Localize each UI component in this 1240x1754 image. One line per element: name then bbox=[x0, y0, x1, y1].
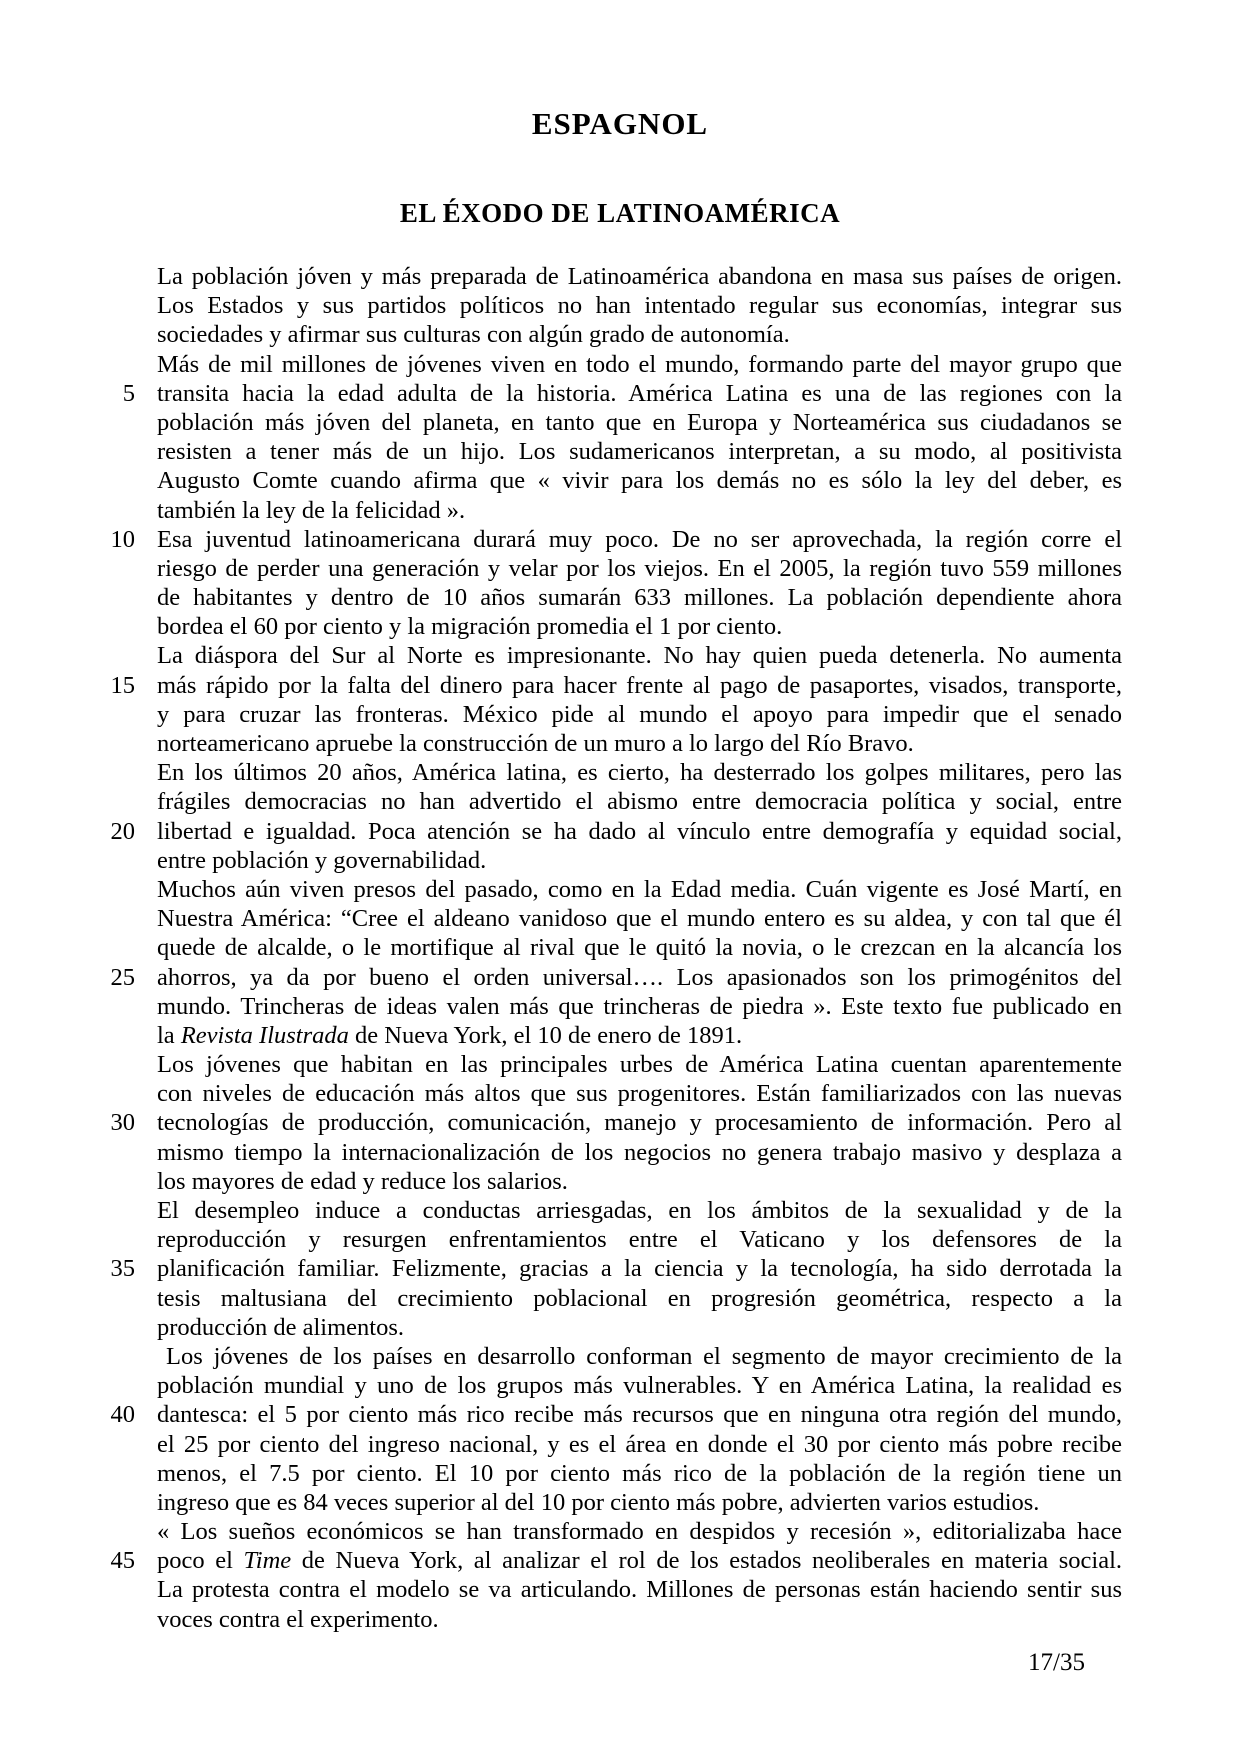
line-text: ingreso que es 84 veces superior al del … bbox=[157, 1488, 1122, 1517]
text-segment: resisten a tener más de un hijo. Los sud… bbox=[157, 438, 1122, 465]
document-page: ESPAGNOL EL ÉXODO DE LATINOAMÉRICA La po… bbox=[0, 0, 1240, 1754]
text-line: y para cruzar las fronteras. México pide… bbox=[0, 700, 1240, 729]
text-segment: poco el bbox=[157, 1547, 244, 1574]
text-line: ingreso que es 84 veces superior al del … bbox=[0, 1488, 1240, 1517]
text-line: 20libertad e igualdad. Poca atención se … bbox=[0, 817, 1240, 846]
line-text: con niveles de educación más altos que s… bbox=[157, 1079, 1122, 1108]
text-segment: entre población y governabilidad. bbox=[157, 847, 486, 874]
text-line: reproducción y resurgen enfrentamientos … bbox=[0, 1225, 1240, 1254]
line-text: dantesca: el 5 por ciento más rico recib… bbox=[157, 1400, 1122, 1429]
line-text: poco el Time de Nueva York, al analizar … bbox=[157, 1546, 1122, 1575]
italic-text-segment: Time bbox=[244, 1547, 292, 1574]
text-segment: mundo. Trincheras de ideas valen más que… bbox=[157, 993, 1122, 1020]
line-number: 5 bbox=[78, 379, 135, 408]
line-text: los mayores de edad y reduce los salario… bbox=[157, 1167, 1122, 1196]
text-segment: Los Estados y sus partidos políticos no … bbox=[157, 292, 1122, 319]
text-segment: bordea el 60 por ciento y la migración p… bbox=[157, 613, 782, 640]
text-line: 40dantesca: el 5 por ciento más rico rec… bbox=[0, 1400, 1240, 1429]
text-segment: « Los sueños económicos se han transform… bbox=[157, 1518, 1122, 1545]
text-segment: más rápido por la falta del dinero para … bbox=[157, 672, 1122, 699]
text-line: Los Estados y sus partidos políticos no … bbox=[0, 291, 1240, 320]
text-segment: Más de mil millones de jóvenes viven en … bbox=[157, 351, 1122, 378]
text-segment: La protesta contra el modelo se va artic… bbox=[157, 1576, 1122, 1603]
text-segment: dantesca: el 5 por ciento más rico recib… bbox=[157, 1401, 1122, 1428]
line-text: más rápido por la falta del dinero para … bbox=[157, 671, 1122, 700]
text-segment: reproducción y resurgen enfrentamientos … bbox=[157, 1226, 1122, 1253]
line-text: sociedades y afirmar sus culturas con al… bbox=[157, 320, 1122, 349]
text-segment: de habitantes y dentro de 10 años sumará… bbox=[157, 584, 1122, 611]
text-line: el 25 por ciento del ingreso nacional, y… bbox=[0, 1430, 1240, 1459]
text-segment: y para cruzar las fronteras. México pide… bbox=[157, 701, 1122, 728]
line-text: resisten a tener más de un hijo. Los sud… bbox=[157, 437, 1122, 466]
text-line: 15más rápido por la falta del dinero par… bbox=[0, 671, 1240, 700]
text-segment: El desempleo induce a conductas arriesga… bbox=[157, 1197, 1122, 1224]
text-line: resisten a tener más de un hijo. Los sud… bbox=[0, 437, 1240, 466]
line-text: En los últimos 20 años, América latina, … bbox=[157, 758, 1122, 787]
text-segment: el 25 por ciento del ingreso nacional, y… bbox=[157, 1431, 1122, 1458]
text-segment: quede de alcalde, o le mortifique al riv… bbox=[157, 934, 1122, 961]
line-text: frágiles democracias no han advertido el… bbox=[157, 787, 1122, 816]
text-line: riesgo de perder una generación y velar … bbox=[0, 554, 1240, 583]
line-text: transita hacia la edad adulta de la hist… bbox=[157, 379, 1122, 408]
text-line: de habitantes y dentro de 10 años sumará… bbox=[0, 583, 1240, 612]
text-segment: tesis maltusiana del crecimiento poblaci… bbox=[157, 1285, 1122, 1312]
text-segment: tecnologías de producción, comunicación,… bbox=[157, 1109, 1122, 1136]
text-segment: La diáspora del Sur al Norte es impresio… bbox=[157, 642, 1122, 669]
text-line: frágiles democracias no han advertido el… bbox=[0, 787, 1240, 816]
text-segment: voces contra el experimento. bbox=[157, 1606, 439, 1633]
text-segment: de Nueva York, al analizar el rol de los… bbox=[291, 1547, 1122, 1574]
text-line: Augusto Comte cuando afirma que « vivir … bbox=[0, 466, 1240, 495]
text-line: Muchos aún viven presos del pasado, como… bbox=[0, 875, 1240, 904]
line-text: también la ley de la felicidad ». bbox=[157, 496, 1122, 525]
text-line: tesis maltusiana del crecimiento poblaci… bbox=[0, 1284, 1240, 1313]
text-line: « Los sueños económicos se han transform… bbox=[0, 1517, 1240, 1546]
text-line: entre población y governabilidad. bbox=[0, 846, 1240, 875]
italic-text-segment: Revista Ilustrada bbox=[181, 1022, 349, 1049]
line-text: entre población y governabilidad. bbox=[157, 846, 1122, 875]
text-line: mismo tiempo la internacionalización de … bbox=[0, 1138, 1240, 1167]
text-line: también la ley de la felicidad ». bbox=[0, 496, 1240, 525]
text-segment: riesgo de perder una generación y velar … bbox=[157, 555, 1122, 582]
text-segment: transita hacia la edad adulta de la hist… bbox=[157, 380, 1122, 407]
line-text: La población jóven y más preparada de La… bbox=[157, 262, 1122, 291]
line-text: Los Estados y sus partidos políticos no … bbox=[157, 291, 1122, 320]
text-line: En los últimos 20 años, América latina, … bbox=[0, 758, 1240, 787]
line-text: Los jóvenes de los países en desarrollo … bbox=[157, 1342, 1122, 1371]
line-text: Esa juventud latinoamericana durará muy … bbox=[157, 525, 1122, 554]
text-segment: mismo tiempo la internacionalización de … bbox=[157, 1139, 1122, 1166]
text-segment: menos, el 7.5 por ciento. El 10 por cien… bbox=[157, 1460, 1122, 1487]
text-line: la Revista Ilustrada de Nueva York, el 1… bbox=[0, 1021, 1240, 1050]
line-text: y para cruzar las fronteras. México pide… bbox=[157, 700, 1122, 729]
line-number: 10 bbox=[78, 525, 135, 554]
line-text: Más de mil millones de jóvenes viven en … bbox=[157, 350, 1122, 379]
body-text: La población jóven y más preparada de La… bbox=[0, 262, 1240, 1634]
text-line: 45poco el Time de Nueva York, al analiza… bbox=[0, 1546, 1240, 1575]
line-number: 20 bbox=[78, 817, 135, 846]
line-text: mismo tiempo la internacionalización de … bbox=[157, 1138, 1122, 1167]
text-segment: también la ley de la felicidad ». bbox=[157, 497, 465, 524]
line-text: reproducción y resurgen enfrentamientos … bbox=[157, 1225, 1122, 1254]
text-line: Los jóvenes de los países en desarrollo … bbox=[0, 1342, 1240, 1371]
text-segment: con niveles de educación más altos que s… bbox=[157, 1080, 1122, 1107]
text-segment: población mundial y uno de los grupos má… bbox=[157, 1372, 1122, 1399]
text-segment: Los jóvenes de los países en desarrollo … bbox=[166, 1343, 1122, 1370]
line-text: Nuestra América: “Cree el aldeano vanido… bbox=[157, 904, 1122, 933]
text-line: población mundial y uno de los grupos má… bbox=[0, 1371, 1240, 1400]
line-text: producción de alimentos. bbox=[157, 1313, 1122, 1342]
line-text: menos, el 7.5 por ciento. El 10 por cien… bbox=[157, 1459, 1122, 1488]
line-number: 45 bbox=[78, 1546, 135, 1575]
text-segment: ingreso que es 84 veces superior al del … bbox=[157, 1489, 1039, 1516]
text-segment: Nuestra América: “Cree el aldeano vanido… bbox=[157, 905, 1122, 932]
line-text: « Los sueños económicos se han transform… bbox=[157, 1517, 1122, 1546]
text-segment: ahorros, ya da por bueno el orden univer… bbox=[157, 964, 1122, 991]
text-line: 10Esa juventud latinoamericana durará mu… bbox=[0, 525, 1240, 554]
page-number: 17/35 bbox=[1028, 1648, 1085, 1677]
text-line: Nuestra América: “Cree el aldeano vanido… bbox=[0, 904, 1240, 933]
text-line: Los jóvenes que habitan en las principal… bbox=[0, 1050, 1240, 1079]
line-text: quede de alcalde, o le mortifique al riv… bbox=[157, 933, 1122, 962]
line-number: 30 bbox=[78, 1108, 135, 1137]
text-segment: de Nueva York, el 10 de enero de 1891. bbox=[349, 1022, 742, 1049]
text-line: mundo. Trincheras de ideas valen más que… bbox=[0, 992, 1240, 1021]
text-segment: la bbox=[157, 1022, 181, 1049]
text-line: 30tecnologías de producción, comunicació… bbox=[0, 1108, 1240, 1137]
line-text: El desempleo induce a conductas arriesga… bbox=[157, 1196, 1122, 1225]
line-text: Muchos aún viven presos del pasado, como… bbox=[157, 875, 1122, 904]
text-segment: Muchos aún viven presos del pasado, como… bbox=[157, 876, 1122, 903]
text-segment: producción de alimentos. bbox=[157, 1314, 404, 1341]
text-line: 35planificación familiar. Felizmente, gr… bbox=[0, 1254, 1240, 1283]
line-text: La protesta contra el modelo se va artic… bbox=[157, 1575, 1122, 1604]
text-line: La población jóven y más preparada de La… bbox=[0, 262, 1240, 291]
text-segment: frágiles democracias no han advertido el… bbox=[157, 788, 1122, 815]
line-text: de habitantes y dentro de 10 años sumará… bbox=[157, 583, 1122, 612]
text-line: población más jóven del planeta, en tant… bbox=[0, 408, 1240, 437]
text-line: El desempleo induce a conductas arriesga… bbox=[0, 1196, 1240, 1225]
text-segment: Esa juventud latinoamericana durará muy … bbox=[157, 526, 1122, 553]
line-number: 25 bbox=[78, 963, 135, 992]
text-line: 25ahorros, ya da por bueno el orden univ… bbox=[0, 963, 1240, 992]
line-text: tesis maltusiana del crecimiento poblaci… bbox=[157, 1284, 1122, 1313]
line-text: la Revista Ilustrada de Nueva York, el 1… bbox=[157, 1021, 1122, 1050]
document-title: EL ÉXODO DE LATINOAMÉRICA bbox=[0, 198, 1240, 229]
line-text: libertad e igualdad. Poca atención se ha… bbox=[157, 817, 1122, 846]
text-line: norteamericano apruebe la construcción d… bbox=[0, 729, 1240, 758]
line-text: el 25 por ciento del ingreso nacional, y… bbox=[157, 1430, 1122, 1459]
line-text: norteamericano apruebe la construcción d… bbox=[157, 729, 1122, 758]
line-text: voces contra el experimento. bbox=[157, 1605, 1122, 1634]
text-line: producción de alimentos. bbox=[0, 1313, 1240, 1342]
text-segment: sociedades y afirmar sus culturas con al… bbox=[157, 321, 790, 348]
line-text: ahorros, ya da por bueno el orden univer… bbox=[157, 963, 1122, 992]
line-number: 15 bbox=[78, 671, 135, 700]
line-number: 35 bbox=[78, 1254, 135, 1283]
language-header: ESPAGNOL bbox=[0, 106, 1240, 142]
text-line: quede de alcalde, o le mortifique al riv… bbox=[0, 933, 1240, 962]
line-text: La diáspora del Sur al Norte es impresio… bbox=[157, 641, 1122, 670]
text-line: menos, el 7.5 por ciento. El 10 por cien… bbox=[0, 1459, 1240, 1488]
line-text: riesgo de perder una generación y velar … bbox=[157, 554, 1122, 583]
text-line: los mayores de edad y reduce los salario… bbox=[0, 1167, 1240, 1196]
text-segment: En los últimos 20 años, América latina, … bbox=[157, 759, 1122, 786]
text-segment: Augusto Comte cuando afirma que « vivir … bbox=[157, 467, 1122, 494]
text-line: La diáspora del Sur al Norte es impresio… bbox=[0, 641, 1240, 670]
text-line: con niveles de educación más altos que s… bbox=[0, 1079, 1240, 1108]
line-text: tecnologías de producción, comunicación,… bbox=[157, 1108, 1122, 1137]
text-line: 5transita hacia la edad adulta de la his… bbox=[0, 379, 1240, 408]
text-segment: libertad e igualdad. Poca atención se ha… bbox=[157, 818, 1122, 845]
text-segment: planificación familiar. Felizmente, grac… bbox=[157, 1255, 1122, 1282]
text-line: voces contra el experimento. bbox=[0, 1605, 1240, 1634]
text-segment: norteamericano apruebe la construcción d… bbox=[157, 730, 914, 757]
line-text: población mundial y uno de los grupos má… bbox=[157, 1371, 1122, 1400]
line-text: mundo. Trincheras de ideas valen más que… bbox=[157, 992, 1122, 1021]
text-line: Más de mil millones de jóvenes viven en … bbox=[0, 350, 1240, 379]
text-line: bordea el 60 por ciento y la migración p… bbox=[0, 612, 1240, 641]
line-text: Augusto Comte cuando afirma que « vivir … bbox=[157, 466, 1122, 495]
line-text: Los jóvenes que habitan en las principal… bbox=[157, 1050, 1122, 1079]
text-segment: los mayores de edad y reduce los salario… bbox=[157, 1168, 568, 1195]
line-text: población más jóven del planeta, en tant… bbox=[157, 408, 1122, 437]
text-segment: Los jóvenes que habitan en las principal… bbox=[157, 1051, 1122, 1078]
line-number: 40 bbox=[78, 1400, 135, 1429]
line-text: bordea el 60 por ciento y la migración p… bbox=[157, 612, 1122, 641]
text-segment: población más jóven del planeta, en tant… bbox=[157, 409, 1122, 436]
text-line: sociedades y afirmar sus culturas con al… bbox=[0, 320, 1240, 349]
line-text: planificación familiar. Felizmente, grac… bbox=[157, 1254, 1122, 1283]
text-segment: La población jóven y más preparada de La… bbox=[157, 263, 1122, 290]
text-line: La protesta contra el modelo se va artic… bbox=[0, 1575, 1240, 1604]
